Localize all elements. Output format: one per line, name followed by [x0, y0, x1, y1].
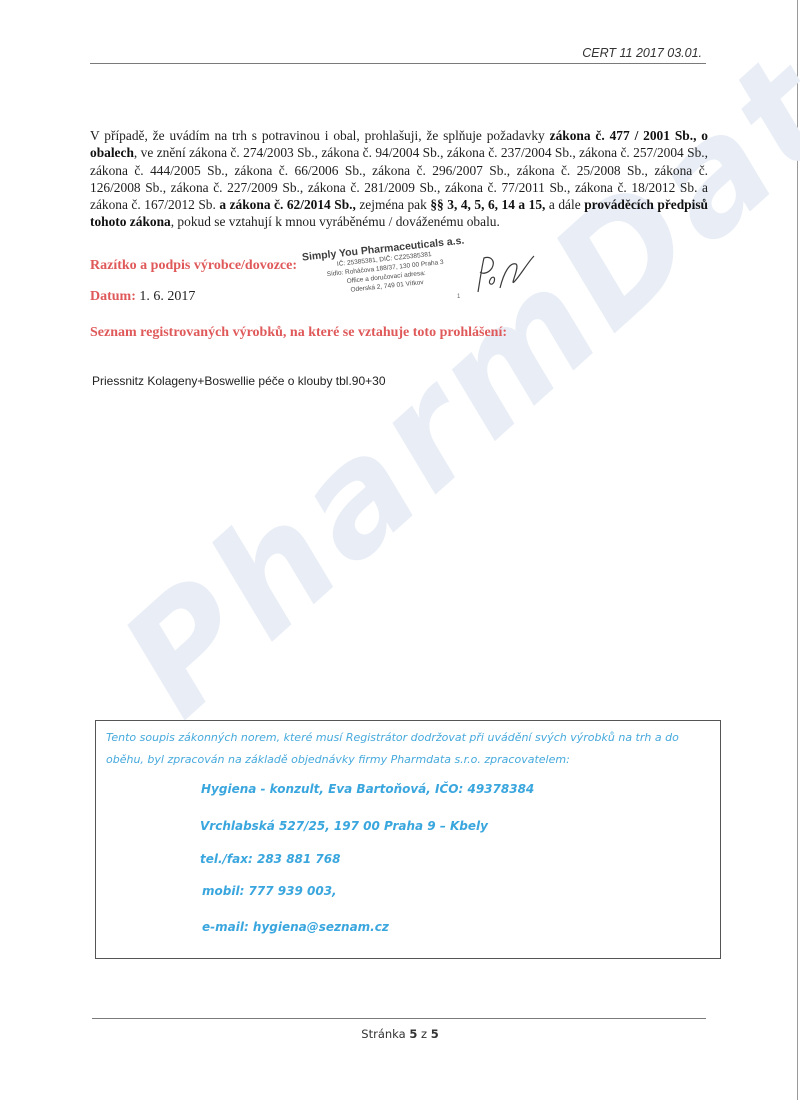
document-code: CERT 11 2017 03.01. [582, 46, 702, 60]
declaration-segment: zejména pak [356, 197, 431, 212]
info-address: Vrchlabská 527/25, 197 00 Praha 9 – Kbel… [200, 819, 488, 833]
products-title: Seznam registrovaných výrobků, na které … [90, 325, 507, 341]
info-email[interactable]: e-mail: hygiena@seznam.cz [202, 920, 389, 934]
stamp-note: 1 [457, 294, 460, 300]
info-company: Hygiena - konzult, Eva Bartoňová, IČO: 4… [201, 782, 534, 796]
info-mobile: mobil: 777 939 003, [202, 884, 337, 898]
signature-label: Razítko a podpis výrobce/dovozce: [90, 258, 297, 274]
signature-icon [470, 252, 540, 300]
date-value: 1. 6. 2017 [139, 289, 195, 304]
page-label: Stránka [361, 1027, 405, 1041]
declaration-segment: , pokud se vztahují k mnou vyráběnému / … [171, 214, 500, 229]
header-divider [90, 63, 706, 64]
page-sep: z [421, 1027, 427, 1041]
declaration-segment: V případě, že uvádím na trh s potravinou… [90, 128, 550, 143]
declaration-segment: a dále [545, 197, 584, 212]
declaration-paragraph: V případě, že uvádím na trh s potravinou… [90, 127, 708, 231]
page-edge [797, 0, 798, 1100]
page-total: 5 [431, 1027, 439, 1041]
page-number: Stránka 5 z 5 [0, 1027, 800, 1041]
processor-info-box: Tento soupis zákonných norem, které musí… [95, 720, 721, 959]
date-label: Datum: [90, 289, 136, 304]
product-item: Priessnitz Kolageny+Boswellie péče o klo… [92, 374, 386, 388]
date-row: Datum: 1. 6. 2017 [90, 289, 195, 305]
declaration-bold-segment: a zákona č. 62/2014 Sb., [219, 197, 355, 212]
info-intro: Tento soupis zákonných norem, které musí… [106, 727, 712, 771]
info-phone: tel./fax: 283 881 768 [200, 852, 340, 866]
page-current: 5 [409, 1027, 417, 1041]
company-stamp: Simply You Pharmaceuticals a.s. IČ: 2538… [298, 234, 472, 300]
declaration-bold-segment: §§ 3, 4, 5, 6, 14 a 15, [430, 197, 545, 212]
footer-divider [92, 1018, 706, 1019]
